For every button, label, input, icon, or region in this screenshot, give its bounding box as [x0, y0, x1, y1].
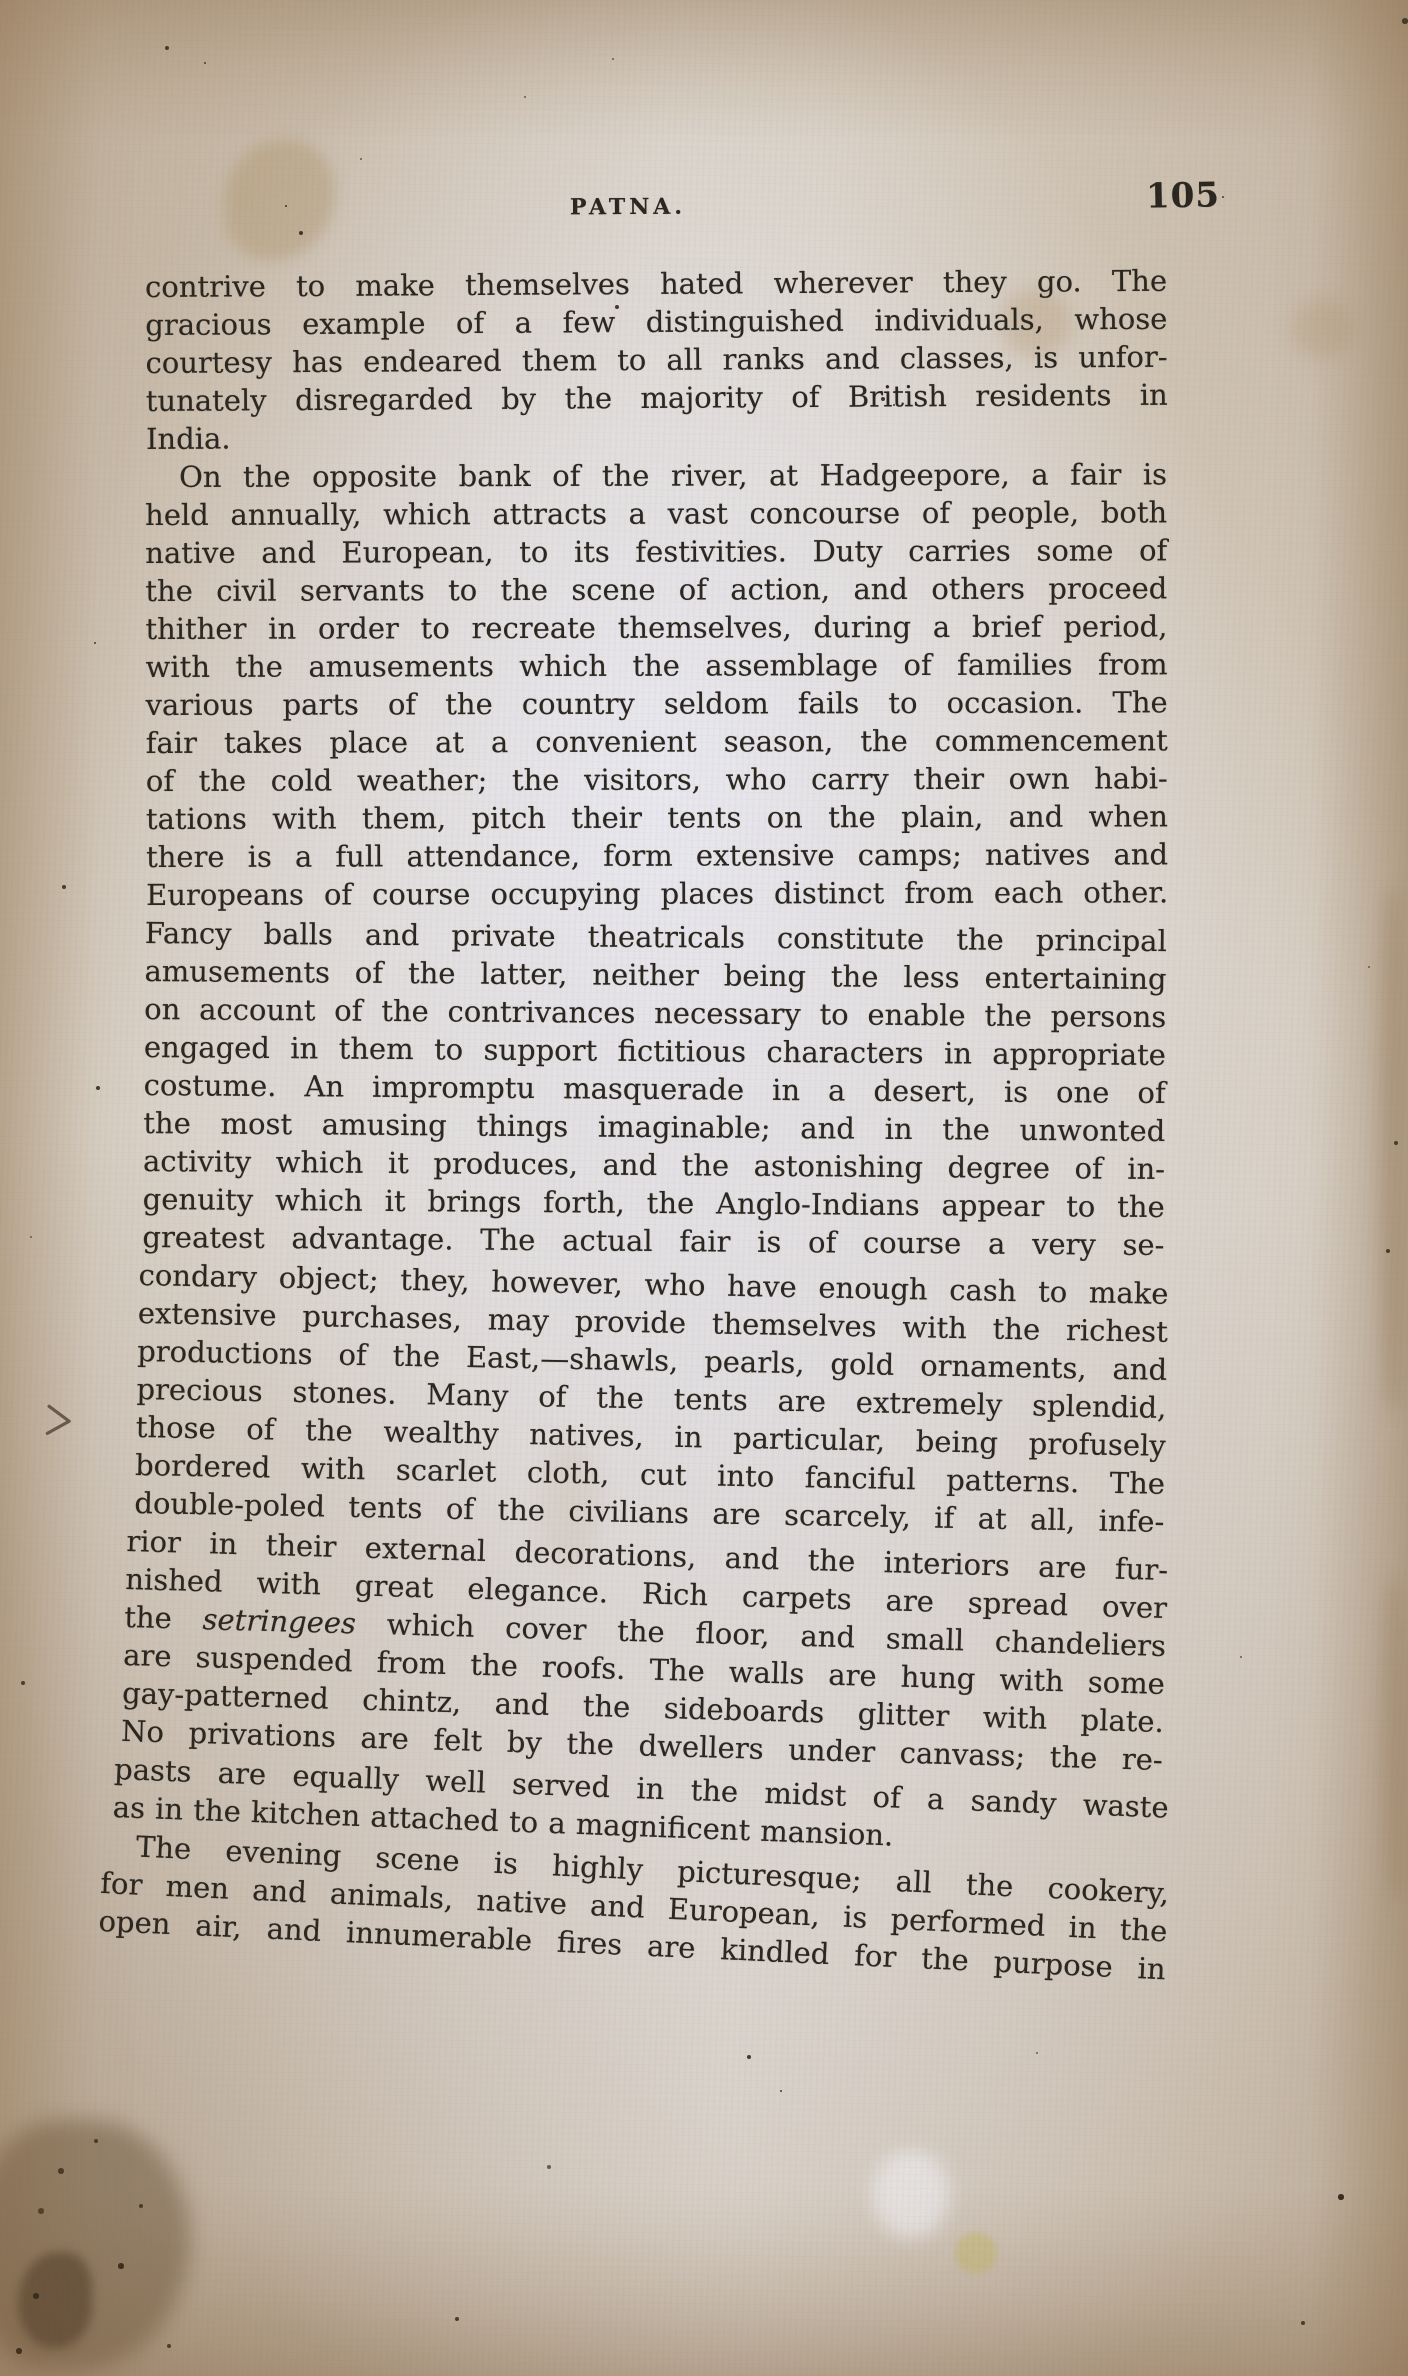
stain	[955, 2232, 997, 2274]
text-line: greatest advantage. The actual fair is o…	[142, 1218, 1164, 1264]
text-line: with the amusements which the assemblage…	[145, 645, 1167, 686]
stain	[1380, 890, 1408, 1410]
text-line: contrive to make themselves hated wherev…	[145, 262, 1167, 306]
text-line: gracious example of a few distinguished …	[145, 300, 1167, 344]
text-line: various parts of the country seldom fail…	[146, 683, 1168, 724]
scanned-book-page: { "colors": { "paper_base": "#d7cec1", "…	[0, 0, 1408, 2376]
text-run: the	[124, 1600, 172, 1635]
text-line: courtesy has endeared them to all ranks …	[145, 338, 1167, 382]
paragraph: contrive to make themselves hated wherev…	[145, 262, 1168, 458]
stain	[18, 2252, 92, 2348]
paragraph: Fancy balls and private theatricals cons…	[142, 914, 1167, 1264]
text-line: thither in order to recreate themselves,…	[145, 607, 1167, 648]
body-text: contrive to make themselves hated wherev…	[145, 268, 1167, 1940]
text-line: On the opposite bank of the river, at Ha…	[145, 455, 1167, 496]
text-line: of the cold weather; the visitors, who c…	[146, 759, 1168, 800]
text-line: there is a full attendance, form extensi…	[146, 835, 1168, 876]
text-line: tations with them, pitch their tents on …	[146, 797, 1168, 838]
running-header: PATNA.	[117, 191, 1139, 222]
stain	[0, 2120, 190, 2370]
text-line: the civil servants to the scene of actio…	[145, 569, 1167, 610]
paragraph: On the opposite bank of the river, at Ha…	[145, 455, 1168, 914]
italic-word: setringees	[202, 1602, 356, 1640]
text-line: India.	[146, 414, 1168, 458]
text-line: Europeans of course occupying places dis…	[146, 873, 1168, 914]
text-line: held annually, which attracts a vast con…	[145, 493, 1167, 534]
text-line: fair takes place at a convenient season,…	[146, 721, 1168, 762]
stain	[1292, 298, 1352, 358]
text-line: tunately disregarded by the majority of …	[146, 376, 1168, 420]
stain	[872, 2150, 950, 2238]
stain	[1384, 1580, 1408, 1900]
handwritten-margin-mark	[42, 1402, 79, 1442]
paragraph: condary object; they, however, who have …	[134, 1256, 1169, 1541]
page-number: 105	[1146, 175, 1221, 216]
text-line: native and European, to its festivities.…	[145, 531, 1167, 572]
paragraph: rior in their external decorations, and …	[121, 1522, 1169, 1779]
ink-speckles	[0, 0, 2, 2]
